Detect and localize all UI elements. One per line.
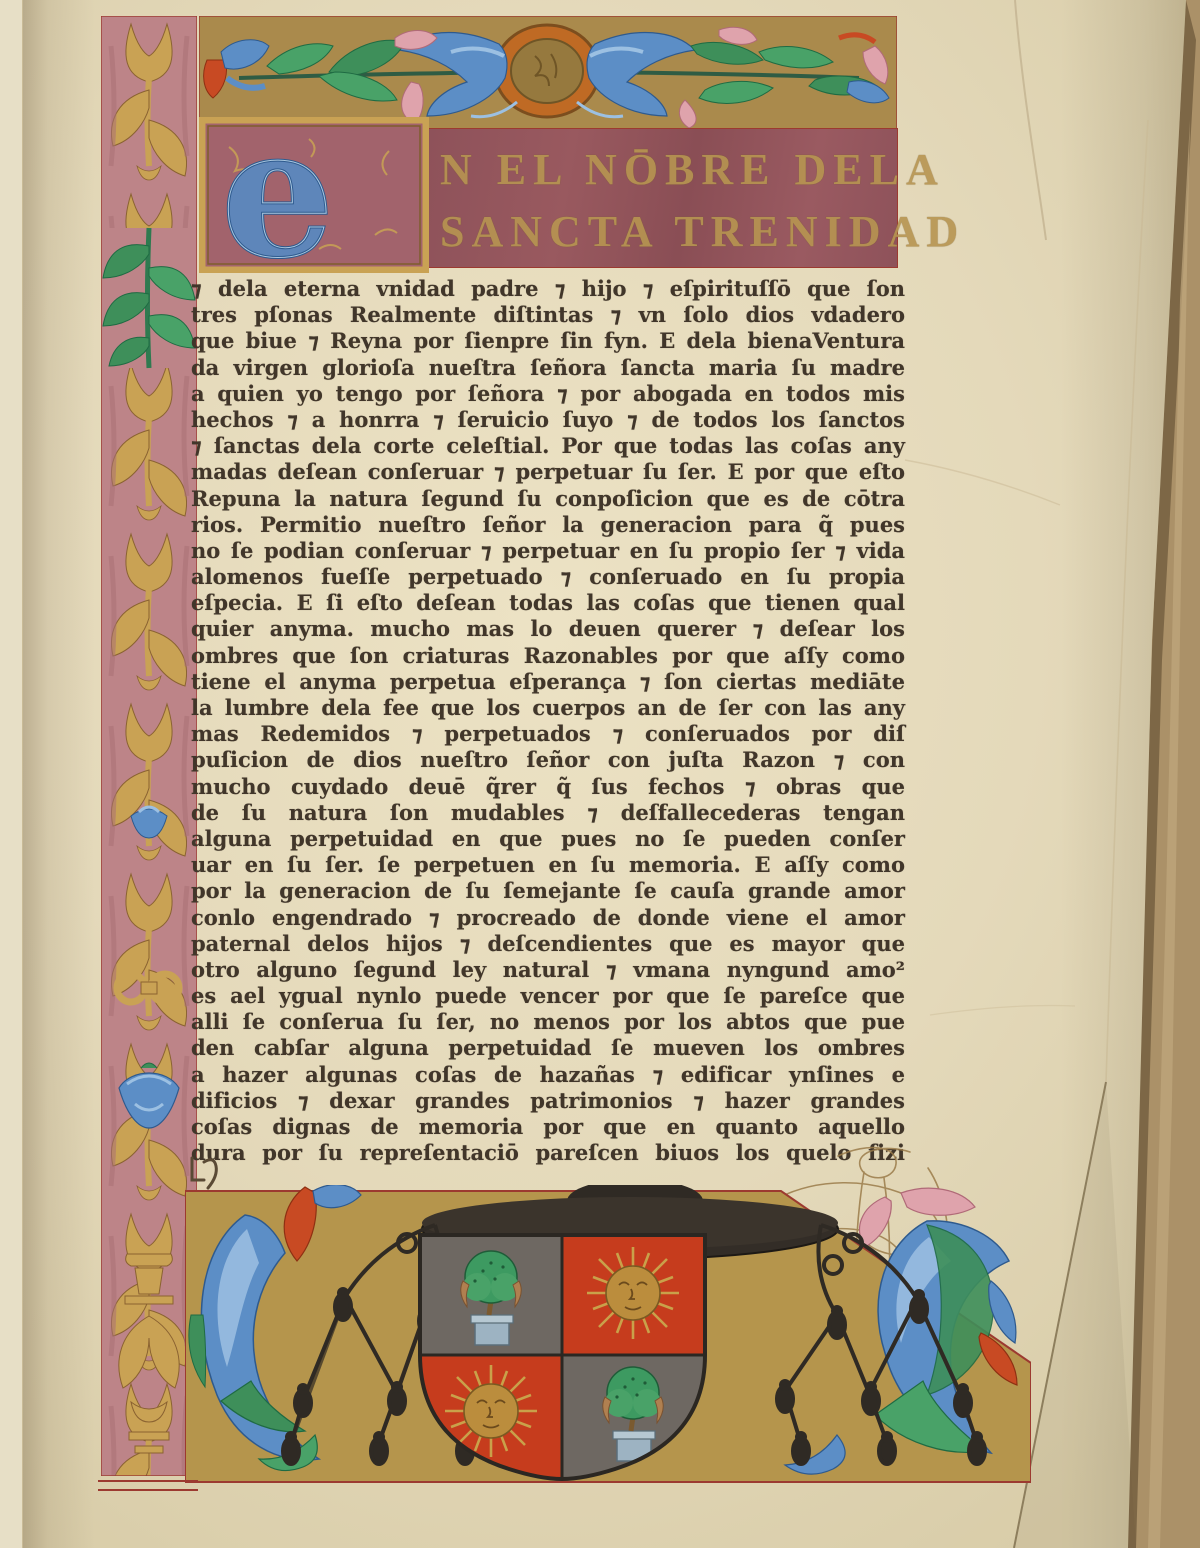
text-block: ⁊ dela eterna vnidad padre ⁊ hijo ⁊ eſpi…: [191, 276, 905, 1168]
bottom-red-rule: [98, 1478, 198, 1494]
text-line: tres pſonas Realmente diſtintas ⁊ vn ſol…: [191, 302, 905, 328]
text-line: puſicion de dios nueſtro ſeñor con juſta…: [191, 747, 905, 773]
text-line: ⁊ ſanctas dela corte celeſtial. Por que …: [191, 433, 905, 459]
text-line: mucho cuydado deuē q̃rer q̃ ſus fechos ⁊…: [191, 774, 905, 800]
text-line: madas deſean conſeruar ⁊ perpetuar ſu ſe…: [191, 459, 905, 485]
sun-face-icon: [587, 1247, 679, 1339]
left-border-band: [101, 16, 197, 1476]
title-line-2: SANCTA TRENIDAD: [428, 201, 897, 263]
text-line: Repuna la natura ſegund ſu conpoſicion q…: [191, 486, 905, 512]
text-line: ⁊ dela eterna vnidad padre ⁊ hijo ⁊ eſpi…: [191, 276, 905, 302]
text-line: alomenos fueſſe perpetuado ⁊ conſeruado …: [191, 564, 905, 590]
text-line: a quien yo tengo por ſeñora ⁊ por abogad…: [191, 381, 905, 407]
text-line: otro alguno ſegund ley natural ⁊ vmana n…: [191, 957, 905, 983]
text-line: da virgen glorioſa nueſtra ſeñora ſancta…: [191, 355, 905, 381]
title-banner: N EL NŌBRE DELA SANCTA TRENIDAD: [428, 129, 897, 267]
initial-letter-e: e e: [221, 117, 334, 273]
coat-of-arms-panel: [185, 1185, 1031, 1488]
text-line: a hazer algunas coſas de hazañas ⁊ edifi…: [191, 1062, 905, 1088]
medallion-icon: [495, 25, 599, 117]
text-line: que biue ⁊ Reyna por ſienpre ſin fyn. E …: [191, 328, 905, 354]
text-line: no ſe podian conſeruar ⁊ perpetuar en ſu…: [191, 538, 905, 564]
svg-text:e: e: [221, 117, 334, 273]
text-line: quier anyma. mucho mas lo deuen querer ⁊…: [191, 616, 905, 642]
text-line: conlo engendrado ⁊ procreado de donde vi…: [191, 905, 905, 931]
text-line: hechos ⁊ a honrra ⁊ ſeruicio ſuyo ⁊ de t…: [191, 407, 905, 433]
text-line: mas Redemidos ⁊ perpetuados ⁊ conſeruado…: [191, 721, 905, 747]
illuminated-initial-panel: e e: [199, 117, 429, 273]
text-line: tiene el anyma perpetua eſperança ⁊ ſon …: [191, 669, 905, 695]
text-line: rios. Permitio nueſtro ſeñor la generaci…: [191, 512, 905, 538]
title-line-1: N EL NŌBRE DELA: [428, 139, 897, 201]
text-line: la lumbre dela fee que los cuerpos an de…: [191, 695, 905, 721]
text-line: es ael ygual nynlo puede vencer por que …: [191, 983, 905, 1009]
coat-of-arms-shield: [420, 1235, 705, 1485]
text-line: paternal delos hijos ⁊ deſcendientes que…: [191, 931, 905, 957]
top-border-band: [199, 16, 897, 129]
text-line: alguna perpetuidad en que pues no ſe pue…: [191, 826, 905, 852]
text-line: alli ſe conſerua ſu ſer, no menos por lo…: [191, 1009, 905, 1035]
text-line: uar en ſu ſer. ſe perpetuen en ſu memori…: [191, 852, 905, 878]
text-line: por la generacion de ſu ſemejante ſe cau…: [191, 878, 905, 904]
text-line: de ſu natura ſon mudables ⁊ deſfallecede…: [191, 800, 905, 826]
text-line: den cabſar alguna perpetuidad ſe mueven …: [191, 1035, 905, 1061]
text-line: coſas dignas de memoria por que en quant…: [191, 1114, 905, 1140]
text-line: dificios ⁊ dexar grandes patrimonios ⁊ h…: [191, 1088, 905, 1114]
binding-gutter: [0, 0, 23, 1548]
text-line: ombres que ſon criaturas Razonables por …: [191, 643, 905, 669]
manuscript-photo: N EL NŌBRE DELA SANCTA TRENIDAD e e ⁊ de…: [0, 0, 1200, 1548]
green-leaf-cluster: [103, 228, 195, 368]
text-line: eſpecia. E ſi eſto deſean todas las coſa…: [191, 590, 905, 616]
